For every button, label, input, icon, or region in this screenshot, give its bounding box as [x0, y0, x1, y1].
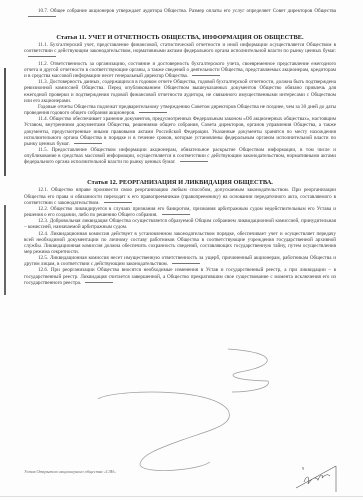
- document-page: 10.7. Общее собрание акционеров утвержда…: [0, 0, 363, 500]
- page-bottom-edge: [0, 496, 363, 497]
- signature-icon: [292, 462, 342, 494]
- document-footer: Устав Открытого акционерного общества «С…: [24, 469, 116, 474]
- handwritten-z-strike-icon: [0, 0, 363, 500]
